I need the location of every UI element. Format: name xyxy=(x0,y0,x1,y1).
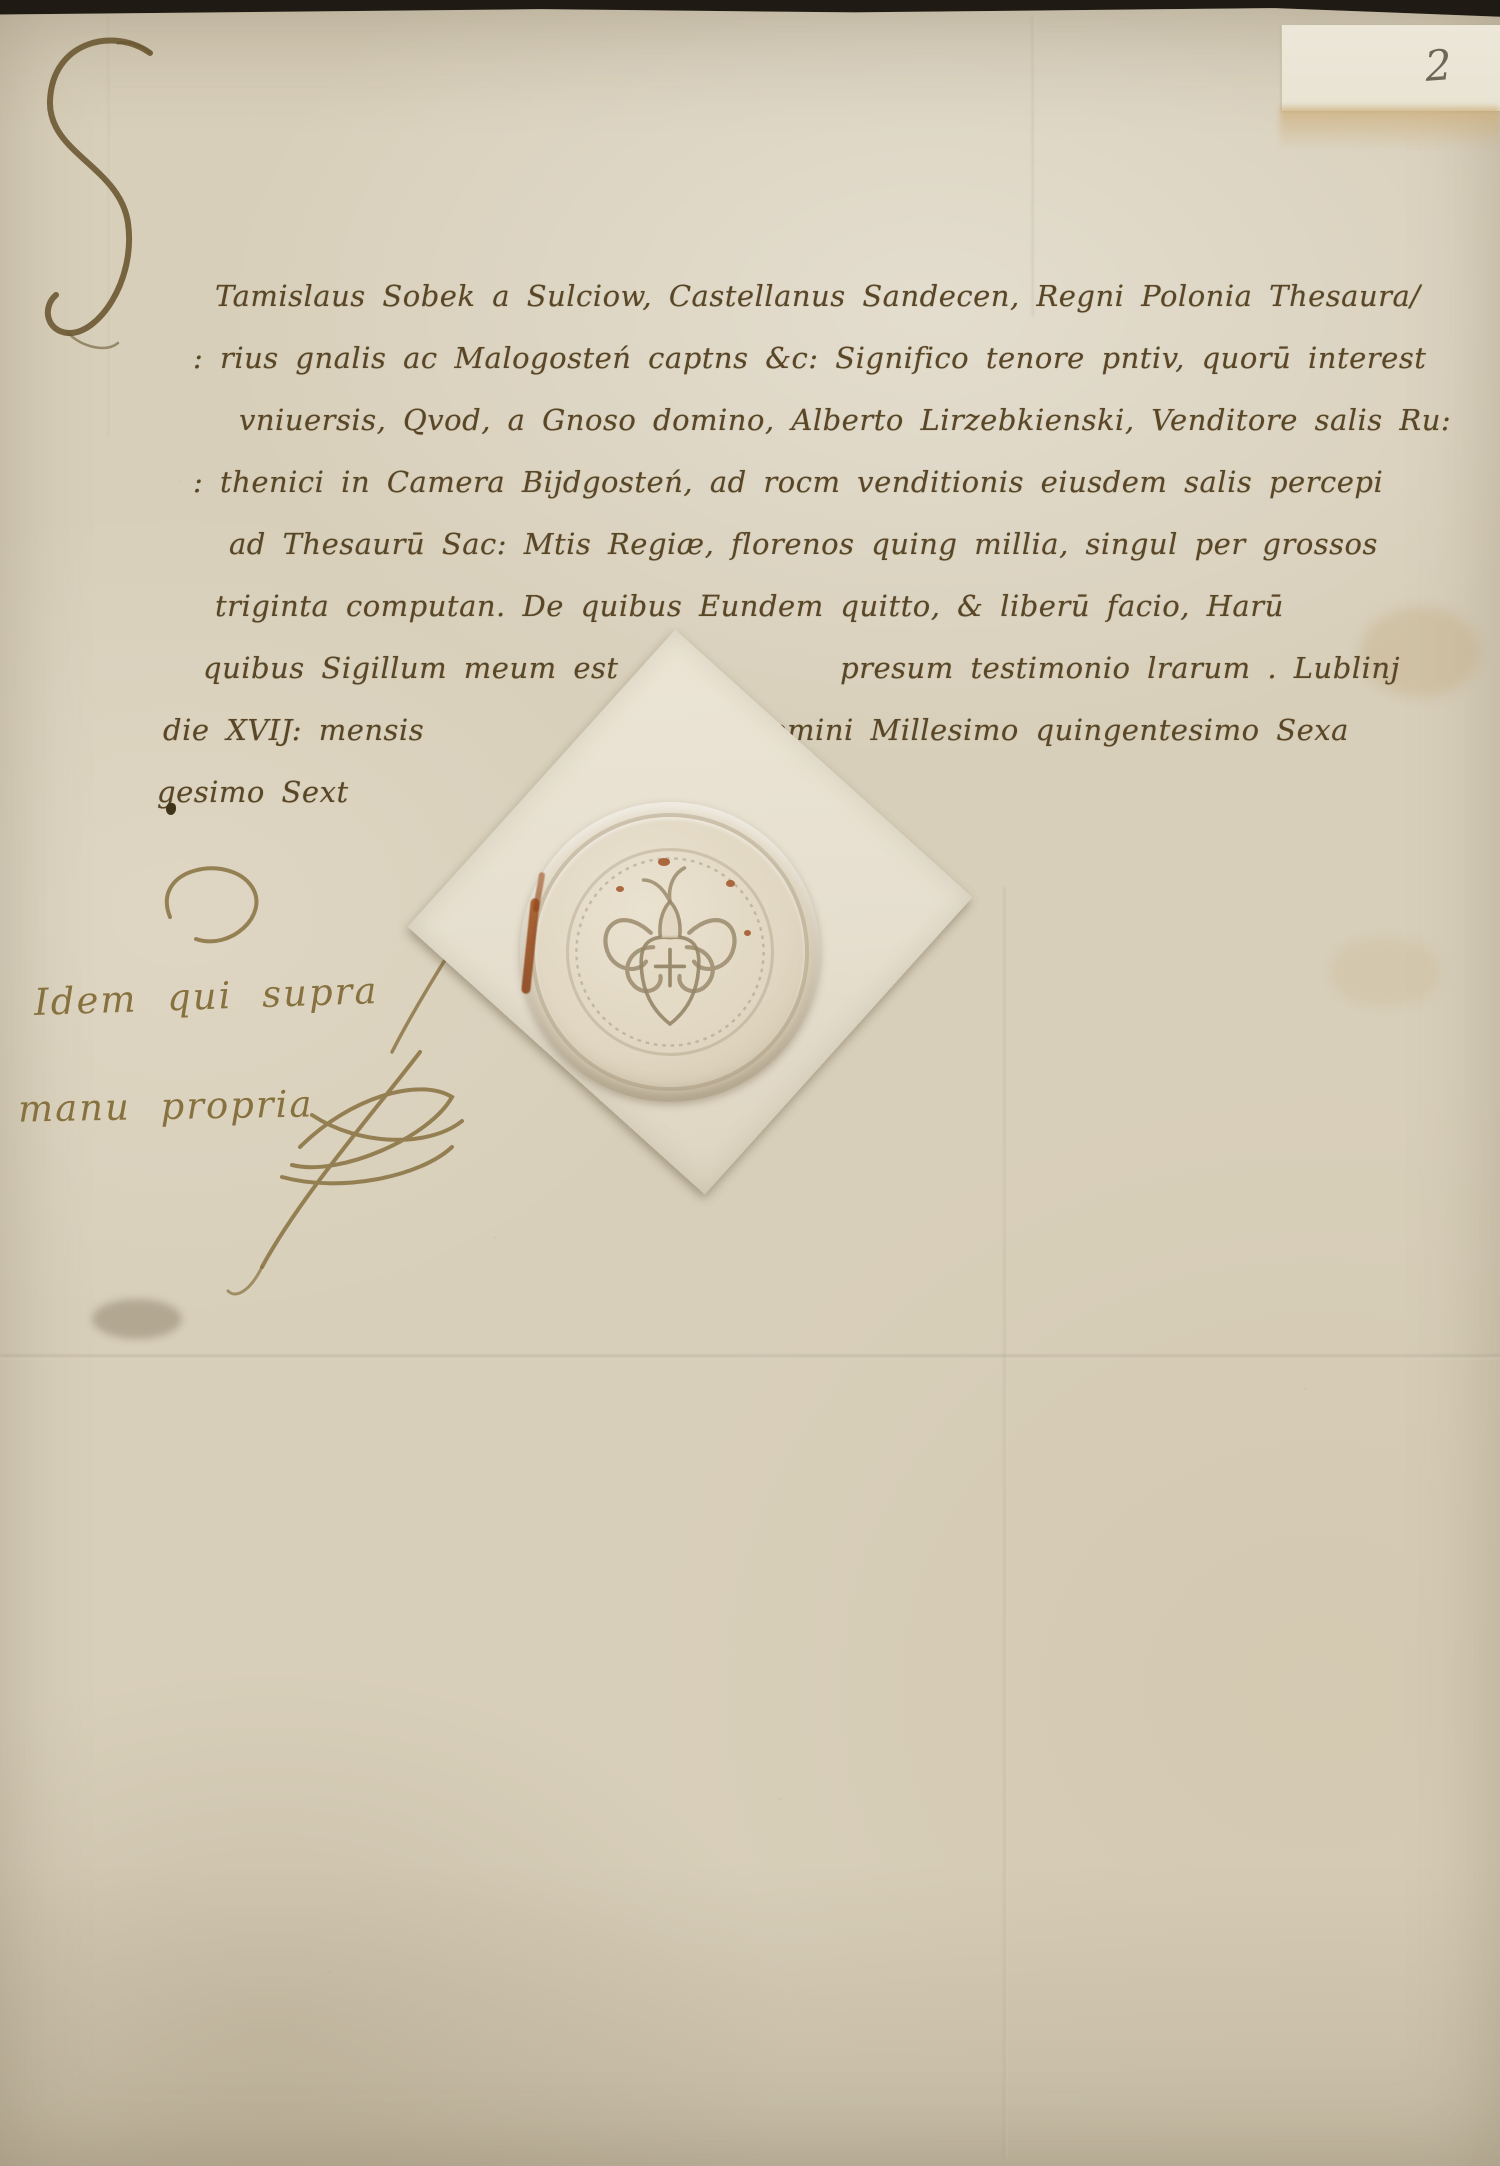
line-segment-left: gesimo Sext xyxy=(157,761,349,823)
paper-sheet: 2 Tamislaus Sobek a Sulciow, Castellanus… xyxy=(0,7,1500,2166)
manuscript-text-block: Tamislaus Sobek a Sulciow, Castellanus S… xyxy=(215,265,1400,823)
manuscript-line: : rius gnalis ac Malogosteń captns &c: S… xyxy=(193,327,1400,389)
line-segment-right: presum testimonio lrarum . Lublinj xyxy=(840,637,1400,699)
signature-line-2: manu propria xyxy=(18,1082,314,1130)
coat-of-arms-icon xyxy=(550,832,790,1072)
paper-repair-patch xyxy=(1281,25,1500,111)
wax-fleck xyxy=(616,886,624,892)
manuscript-line: triginta computan. De quibus Eundem quit… xyxy=(215,575,1400,637)
line-segment-right: omini Millesimo quingentesimo Sexa xyxy=(769,699,1349,761)
line-segment-left: quibus Sigillum meum est xyxy=(203,637,619,699)
fold-crease-vertical xyxy=(1004,887,1007,2159)
wax-fleck xyxy=(726,880,735,887)
manuscript-line-split: quibus Sigillum meum est presum testimon… xyxy=(203,637,1400,699)
wax-fleck xyxy=(744,930,751,936)
line-segment-left: die XVIJ: mensis xyxy=(163,699,424,761)
wax-fleck xyxy=(658,858,670,866)
manuscript-line: Tamislaus Sobek a Sulciow, Castellanus S… xyxy=(215,265,1400,327)
manuscript-line: : thenici in Camera Bijdgosteń, ad rocm … xyxy=(193,451,1400,513)
fold-crease-horizontal xyxy=(0,1355,1500,1359)
manuscript-line: ad Thesaurū Sac: Mtis Regiæ, florenos qu… xyxy=(229,513,1400,575)
manuscript-line: vniuersis, Qvod, a Gnoso domino, Alberto… xyxy=(239,389,1400,451)
wax-seal xyxy=(520,802,820,1102)
manuscript-scan: 2 Tamislaus Sobek a Sulciow, Castellanus… xyxy=(0,0,1500,2166)
glue-stain xyxy=(1280,107,1500,149)
initial-letter-s xyxy=(22,31,182,365)
paper-stain xyxy=(1330,937,1440,1007)
folio-number: 2 xyxy=(1424,40,1454,91)
